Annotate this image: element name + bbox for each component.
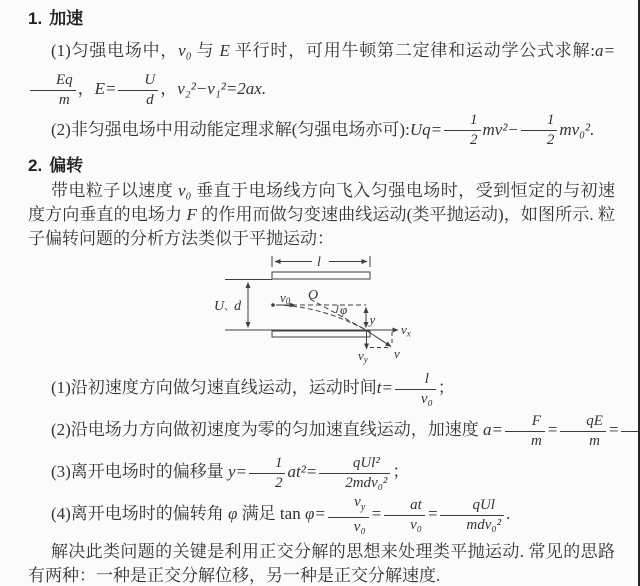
- fraction-qUl-mdv02: qUlmdv₀²: [440, 497, 504, 534]
- math-at2-equals: at²=: [287, 462, 317, 481]
- section-2-number: 2.: [28, 156, 42, 175]
- section-1-number: 1.: [28, 9, 42, 28]
- text-run: (1)沿初速度方向做匀速直线运动，运动时间: [51, 378, 377, 397]
- fraction-l-v0: lv₀: [395, 371, 436, 408]
- math-tan: tan: [280, 504, 305, 523]
- math-a-equals: a=: [483, 420, 503, 439]
- text-run: (2)沿电场力方向做初速度为零的匀加速直线运动，加速度: [51, 420, 483, 439]
- equals-sign: =: [608, 420, 619, 439]
- math-y-equals: y=: [228, 462, 247, 481]
- text-run: (3)离开电场时的偏移量: [51, 462, 228, 481]
- text-run: ；: [438, 378, 455, 397]
- bottom-plate: [272, 331, 370, 337]
- list-item-2-acceleration: (2)沿电场力方向做初速度为零的匀加速直线运动，加速度 a=Fm=qEm=qUm…: [28, 409, 615, 451]
- para-conclusion: 解决此类问题的关键是利用正交分解的思想来处理类平抛运动. 常见的思路有两种：一种…: [28, 540, 615, 586]
- label-vx: vx: [401, 322, 411, 339]
- phi-angle-arc: [336, 305, 338, 313]
- equals-sign: =: [547, 420, 558, 439]
- fraction-half: 12: [521, 112, 557, 149]
- text-run: 解决此类问题的关键是利用正交分解的思想来处理类平抛运动. 常见的思路有两种：一种…: [28, 542, 615, 585]
- text-run: 与: [192, 41, 220, 60]
- deflection-figure: l U、d v0 O φ y vx vy v: [198, 254, 640, 367]
- list-item-4-deflection-angle: (4)离开电场时的偏转角 φ 满足 tan φ=vyv₀=atv₀=qUlmdv…: [28, 493, 615, 536]
- text-run: ；: [392, 462, 409, 481]
- fraction-F-m: Fm: [505, 413, 545, 450]
- math-phi: φ: [228, 504, 237, 523]
- label-y: y: [368, 312, 376, 327]
- math-a-equals: a=: [595, 41, 615, 60]
- section-1-heading: 1.加速: [28, 0, 615, 29]
- fraction-half: 12: [444, 112, 480, 149]
- text-run: (4)离开电场时的偏转角: [51, 504, 228, 523]
- label-phi: φ: [340, 302, 347, 317]
- text-run: 带电粒子以速度: [51, 181, 178, 200]
- entry-point: [271, 303, 275, 307]
- equals-sign: =: [371, 504, 382, 523]
- math-v0: v₀: [178, 181, 191, 200]
- text-run: (1)匀强电场中，: [51, 41, 178, 60]
- v-arrow: [367, 331, 392, 347]
- section-2-title: 偏转: [49, 156, 83, 175]
- text-run: ，: [78, 79, 95, 98]
- equals-sign: =: [427, 504, 438, 523]
- fraction-U-d: Ud: [118, 72, 158, 109]
- label-vy: vy: [358, 348, 368, 365]
- fraction-half: 12: [249, 455, 285, 492]
- para-uniform-field-accel: (1)匀强电场中，v₀ 与 E 平行时，可用牛顿第二定律和运动学公式求解:a=E…: [28, 32, 615, 109]
- top-plate: [272, 272, 370, 279]
- math-mv02: mv₀².: [559, 120, 594, 139]
- text-run: .: [506, 504, 510, 523]
- label-l: l: [317, 255, 321, 270]
- label-U-d: U、d: [214, 299, 242, 314]
- math-mv2: mv²−: [483, 120, 519, 139]
- fraction-qE-m: qEm: [560, 413, 606, 450]
- section-1-title: 加速: [49, 9, 83, 28]
- label-origin-O: O: [308, 288, 318, 303]
- fraction-vy-v0: vyv₀: [328, 494, 369, 536]
- math-phi-equals: φ=: [305, 504, 326, 523]
- deflection-diagram-svg: l U、d v0 O φ y vx vy v: [198, 254, 458, 366]
- math-kinematics: v₂²−v₁²=2ax.: [177, 79, 266, 98]
- fraction-Eq-m: Eqm: [30, 72, 76, 109]
- text-run: (2)非匀强电场中用动能定理求解(匀强电场亦可):: [51, 120, 410, 139]
- text-run: 满足: [237, 504, 280, 523]
- list-item-1-uniform-motion: (1)沿初速度方向做匀速直线运动，运动时间t=lv₀；: [28, 367, 615, 409]
- list-item-3-displacement: (3)离开电场时的偏移量 y=12at²=qUl²2mdv₀²；: [28, 451, 615, 493]
- math-F: F: [186, 205, 196, 224]
- label-v0: v0: [280, 290, 291, 306]
- text-run: 平行时，可用牛顿第二定律和运动学公式求解:: [230, 41, 595, 60]
- para-work-energy: (2)非匀强电场中用动能定理求解(匀强电场亦可):Uq=12mv²−12mv₀²…: [28, 111, 615, 150]
- math-Uq-equals: Uq=: [410, 120, 442, 139]
- document-page: 1.加速 (1)匀强电场中，v₀ 与 E 平行时，可用牛顿第二定律和运动学公式求…: [0, 0, 640, 586]
- math-E-equals: E=: [95, 79, 117, 98]
- label-v: v: [394, 346, 400, 361]
- fraction-qUl2-2mdv02: qUl²2mdv₀²: [319, 455, 390, 492]
- para-deflection-intro: 带电粒子以速度 v₀ 垂直于电场线方向飞入匀强电场时，受到恒定的与初速度方向垂直…: [28, 179, 615, 251]
- math-E: E: [219, 41, 229, 60]
- trajectory-curve: [276, 305, 366, 330]
- section-2-heading: 2.偏转: [28, 156, 615, 176]
- math-v0: v₀: [178, 41, 191, 60]
- math-t-equals: t=: [377, 378, 393, 397]
- text-run: ，: [160, 79, 177, 98]
- fraction-at-v0: atv₀: [384, 497, 425, 534]
